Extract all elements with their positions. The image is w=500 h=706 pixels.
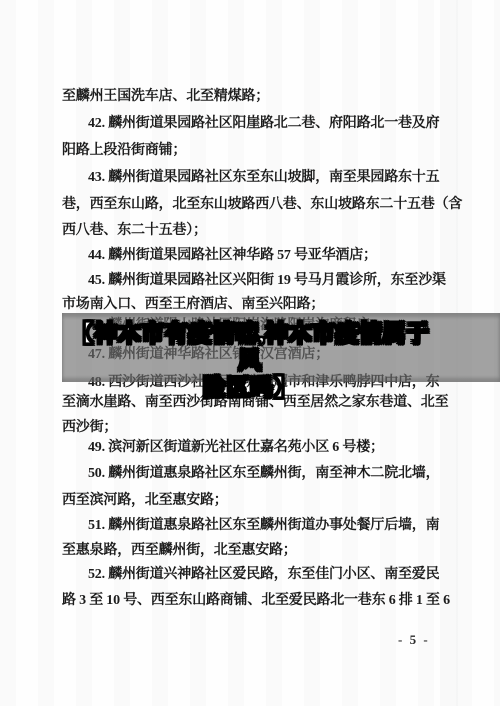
overlay-title: 【神木市有疫情嘛,神木市疫情属于风 险区吗】 (62, 320, 438, 401)
document-line: 至麟州王国洗车店、北至精煤路； (62, 88, 440, 105)
document-line: 52. 麟州街道兴神路社区爱民路，东至佳门小区、南至爱民 (62, 566, 466, 583)
document-line: 西沙街； (62, 419, 440, 436)
overlay-title-line1: 【神木市有疫情嘛,神木市疫情属于风 (62, 320, 438, 374)
document-line: 50. 麟州街道惠泉路社区东至麟州街，南至神木二院北墙， (62, 465, 466, 482)
document-line: 49. 滨河新区街道新光社区仕嘉名苑小区 6 号楼； (62, 439, 466, 456)
document-line: 42. 麟州街道果园路社区阳崖路北二巷、府阳路北一巷及府 (62, 115, 466, 132)
document-line: 至惠泉路，西至麟州街，北至惠安路； (62, 542, 440, 559)
document-page: 至麟州王国洗车店、北至精煤路； 42. 麟州街道果园路社区阳崖路北二巷、府阳路北… (0, 0, 500, 706)
document-line: 阳路上段沿街商铺； (62, 142, 440, 159)
document-line: 市场南入口、西至王府酒店、南至兴阳路； (62, 296, 440, 313)
document-line: 路 3 至 10 号、西至东山路商铺、北至爱民路北一巷东 6 排 1 至 6 (62, 592, 440, 609)
document-line: 43. 麟州街道果园路社区东至东山坡脚，南至果园路东十五 (62, 169, 466, 186)
document-line: 西八巷、东二十五巷）； (62, 222, 440, 239)
document-line: 巷，西至东山路，北至东山坡路西八巷、东山坡路东二十五巷（含 (62, 196, 440, 213)
overlay-title-line2: 险区吗】 (62, 374, 438, 401)
document-line: 44. 麟州街道果园路社区神华路 57 号亚华酒店； (62, 247, 466, 264)
document-line: 西至滨河路，北至惠安路； (62, 492, 440, 509)
document-line: 51. 麟州街道惠泉路社区东至麟州街道办事处餐厅后墙，南 (62, 517, 466, 534)
document-line: 45. 麟州街道果园路社区兴阳街 19 号马月霞诊所，东至沙渠 (62, 272, 466, 289)
page-number: - 5 - (398, 632, 430, 648)
